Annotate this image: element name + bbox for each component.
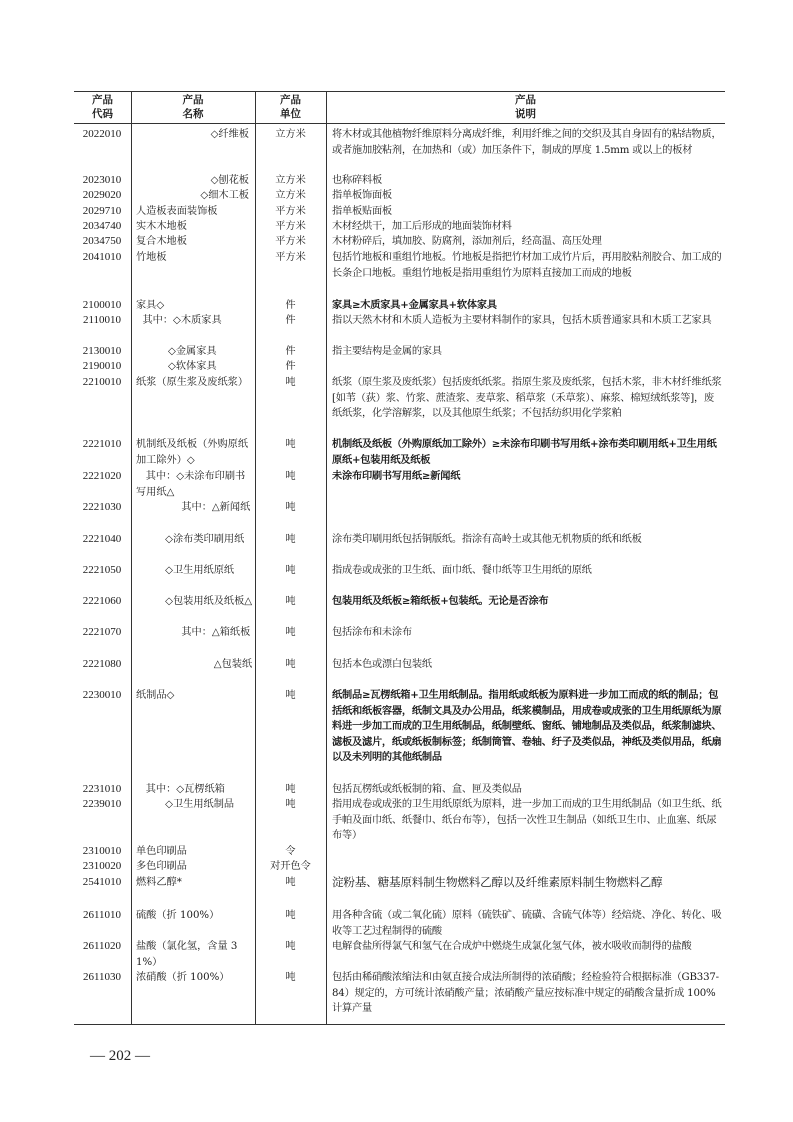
product-description: 指单板饰面板	[332, 188, 722, 204]
product-unit: 件	[255, 298, 326, 314]
product-unit: 平方米	[255, 234, 326, 250]
product-name: ◇细木工板	[136, 188, 249, 204]
product-description: 包括瓦楞纸或纸板制的箱、盒、匣及类似品	[332, 782, 722, 798]
page-number: — 202 —	[90, 1048, 150, 1065]
product-name: 硫酸（折 100%）	[136, 908, 253, 924]
product-name: 燃料乙醇*	[136, 875, 253, 891]
header-name-line2: 名称	[131, 107, 255, 121]
product-name: 单色印刷品	[136, 844, 253, 860]
product-name: ◇金属家具	[136, 344, 253, 360]
product-unit: 吨	[255, 594, 326, 610]
product-description: 机制纸及纸板（外购原纸加工除外）≥未涂布印刷书写用纸+涂布类印刷用纸+卫生用纸原…	[332, 437, 722, 468]
product-code: 2221070	[74, 625, 130, 641]
product-name: 其中：◇未涂布印刷书写用纸△	[136, 469, 253, 500]
product-code: 2029020	[74, 188, 130, 204]
product-code: 2221030	[74, 500, 130, 516]
product-code: 2230010	[74, 688, 130, 704]
product-unit: 件	[255, 344, 326, 360]
header-code: 产品 代码	[74, 93, 131, 123]
header-divider	[74, 123, 725, 124]
product-name: 其中：△箱纸板	[136, 625, 253, 641]
product-code: 2611030	[74, 970, 130, 986]
product-unit: 吨	[255, 532, 326, 548]
column-divider	[131, 92, 132, 1024]
product-description: 淀粉基、糖基原料制生物燃料乙醇以及纤维素原料制生物燃料乙醇	[332, 875, 722, 891]
product-unit: 吨	[255, 437, 326, 453]
product-description: 涂布类印刷用纸包括铜版纸。指涂有高岭土或其他无机物质的纸和纸板	[332, 532, 722, 548]
product-unit: 立方米	[255, 188, 326, 204]
product-code: 2110010	[74, 313, 130, 329]
product-name: 竹地板	[136, 250, 253, 266]
header-code-line2: 代码	[74, 107, 131, 121]
product-code: 2611020	[74, 939, 130, 955]
header-name-line1: 产品	[131, 93, 255, 107]
product-code: 2611010	[74, 908, 130, 924]
product-name: 复合木地板	[136, 234, 253, 250]
product-name: ◇卫生用纸原纸	[136, 563, 253, 579]
product-unit: 件	[255, 359, 326, 375]
product-code: 2310010	[74, 844, 130, 860]
product-name: 家具◇	[136, 298, 253, 314]
product-name: 实木木地板	[136, 219, 253, 235]
product-unit: 吨	[255, 688, 326, 704]
product-catalog-table: 产品 代码 产品 名称 产品 单位 产品 说明 2022010◇纤维板立方米将木…	[74, 91, 725, 1025]
product-unit: 吨	[255, 500, 326, 516]
product-unit: 令	[255, 844, 326, 860]
product-code: 2221050	[74, 563, 130, 579]
product-name: ◇纤维板	[136, 127, 249, 143]
product-code: 2221060	[74, 594, 130, 610]
product-unit: 对开色令	[255, 859, 326, 875]
product-name: 其中：◇木质家具	[136, 313, 253, 329]
product-unit: 吨	[255, 875, 326, 891]
product-description: 也称碎料板	[332, 173, 722, 189]
column-divider	[326, 92, 327, 1024]
product-name: 多色印刷品	[136, 859, 253, 875]
product-description: 木材经烘干，加工后形成的地面装饰材料	[332, 219, 722, 235]
product-description: 指主要结构是金属的家具	[332, 344, 722, 360]
header-unit-line2: 单位	[255, 107, 326, 121]
product-code: 2221010	[74, 437, 130, 453]
product-unit: 吨	[255, 797, 326, 813]
product-code: 2231010	[74, 782, 130, 798]
product-name: ◇刨花板	[136, 173, 249, 189]
product-unit: 吨	[255, 469, 326, 485]
product-description: 包括由稀硝酸浓缩法和由氨直接合成法所制得的浓硝酸；经检验符合根据标准（GB337…	[332, 970, 722, 1017]
product-code: 2034750	[74, 234, 130, 250]
product-description: 指成卷或成张的卫生纸、面巾纸、餐巾纸等卫生用纸的原纸	[332, 563, 722, 579]
product-description: 家具≥木质家具+金属家具+软体家具	[332, 298, 722, 314]
product-unit: 件	[255, 313, 326, 329]
product-description: 指以天然木材和木质人造板为主要材料制作的家具，包括木质普通家具和木质工艺家具	[332, 313, 722, 329]
product-name: 人造板表面装饰板	[136, 204, 253, 220]
product-unit: 吨	[255, 970, 326, 986]
product-unit: 吨	[255, 375, 326, 391]
header-desc-line2: 说明	[326, 107, 725, 121]
product-name: △包装纸	[136, 657, 253, 673]
product-unit: 吨	[255, 939, 326, 955]
product-name: 纸浆（原生浆及废纸浆）	[136, 375, 253, 391]
product-unit: 吨	[255, 782, 326, 798]
header-unit-line1: 产品	[255, 93, 326, 107]
product-unit: 平方米	[255, 250, 326, 266]
product-description: 指用成卷或成张的卫生用纸原纸为原料，进一步加工而成的卫生用纸制品（如卫生纸、纸手…	[332, 797, 722, 844]
product-description: 未涂布印刷书写用纸≥新闻纸	[332, 469, 722, 485]
product-unit: 平方米	[255, 204, 326, 220]
product-name: ◇包装用纸及纸板△	[136, 594, 253, 610]
product-description: 将木材或其他植物纤维原料分离成纤维，利用纤维之间的交织及其自身固有的粘结物质，或…	[332, 127, 722, 158]
product-description: 纸浆（原生浆及废纸浆）包括废纸纸浆。指原生浆及废纸浆，包括木浆，非木材纤维纸浆[…	[332, 375, 722, 422]
product-description: 包括竹地板和重组竹地板。竹地板是指把竹材加工成竹片后，再用胶粘剂胶合、加工成的长…	[332, 250, 722, 281]
product-unit: 吨	[255, 908, 326, 924]
product-name: ◇卫生用纸制品	[136, 797, 253, 813]
product-name: ◇涂布类印刷用纸	[136, 532, 253, 548]
product-code: 2221080	[74, 657, 130, 673]
product-unit: 平方米	[255, 219, 326, 235]
product-name: 其中：◇瓦楞纸箱	[136, 782, 253, 798]
header-code-line1: 产品	[74, 93, 131, 107]
product-code: 2190010	[74, 359, 130, 375]
product-description: 指单板贴面板	[332, 204, 722, 220]
product-code: 2022010	[74, 127, 130, 143]
product-name: ◇软体家具	[136, 359, 253, 375]
product-description: 包括涂布和未涂布	[332, 625, 722, 641]
product-code: 2541010	[74, 875, 130, 891]
product-code: 2034740	[74, 219, 130, 235]
product-description: 木材粉碎后，填加胶、防腐剂，添加剂后，经高温、高压处理	[332, 234, 722, 250]
header-desc: 产品 说明	[326, 93, 725, 123]
header-unit: 产品 单位	[255, 93, 326, 123]
product-code: 2023010	[74, 173, 130, 189]
product-unit: 吨	[255, 563, 326, 579]
product-code: 2221040	[74, 532, 130, 548]
product-code: 2041010	[74, 250, 130, 266]
product-code: 2239010	[74, 797, 130, 813]
product-name: 盐酸（氯化氢，含量 31%）	[136, 939, 253, 970]
product-description: 包装用纸及纸板≥箱纸板+包装纸。无论是否涂布	[332, 594, 722, 610]
product-unit: 立方米	[255, 127, 326, 143]
product-unit: 吨	[255, 625, 326, 641]
product-code: 2029710	[74, 204, 130, 220]
product-unit: 立方米	[255, 173, 326, 189]
header-name: 产品 名称	[131, 93, 255, 123]
product-name: 其中：△新闻纸	[136, 500, 253, 516]
product-code: 2310020	[74, 859, 130, 875]
product-name: 机制纸及纸板（外购原纸加工除外）◇	[136, 437, 253, 468]
product-unit: 吨	[255, 657, 326, 673]
product-description: 包括本色或漂白包装纸	[332, 657, 722, 673]
product-description: 用各种含硫（或二氧化硫）原料（硫铁矿、硫磺、含硫气体等）经焙烧、净化、转化、吸收…	[332, 908, 722, 939]
product-name: 纸制品◇	[136, 688, 253, 704]
product-code: 2210010	[74, 375, 130, 391]
product-code: 2130010	[74, 344, 130, 360]
product-name: 浓硝酸（折 100%）	[136, 970, 253, 986]
product-description: 纸制品≥瓦楞纸箱+卫生用纸制品。指用纸或纸板为原料进一步加工而成的纸的制品；包括…	[332, 688, 722, 766]
product-description: 电解食盐所得氯气和氢气在合成炉中燃烧生成氯化氢气体，被水吸收而制得的盐酸	[332, 939, 722, 955]
product-code: 2221020	[74, 469, 130, 485]
header-desc-line1: 产品	[326, 93, 725, 107]
product-code: 2100010	[74, 298, 130, 314]
